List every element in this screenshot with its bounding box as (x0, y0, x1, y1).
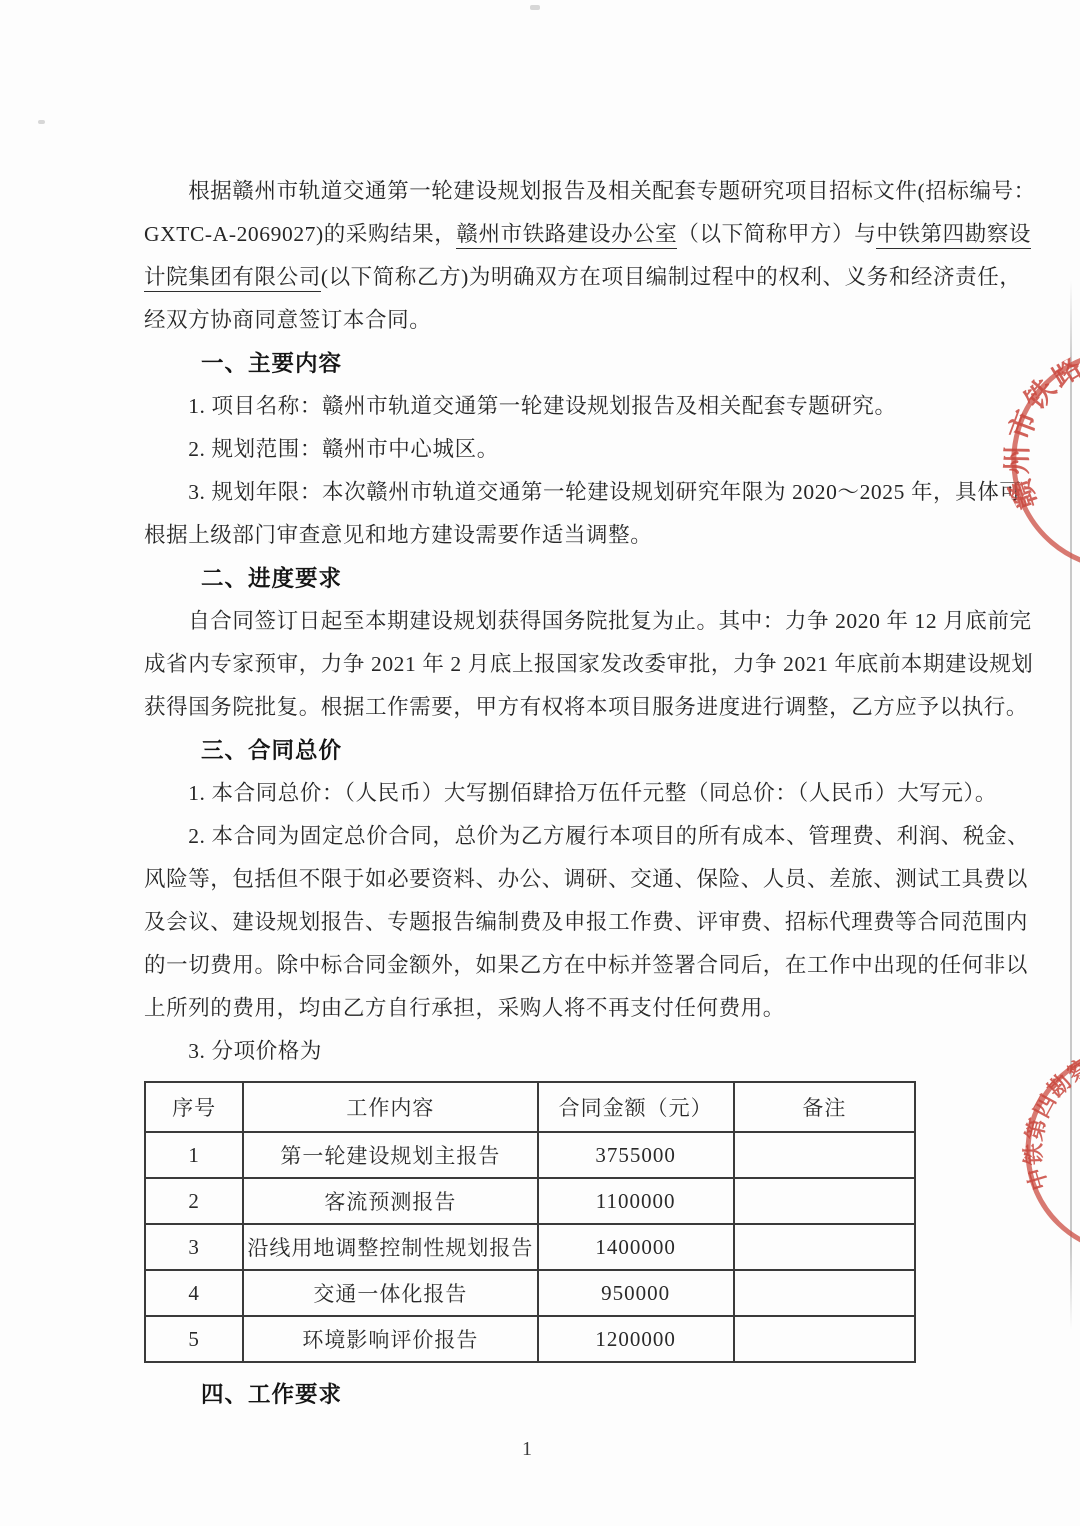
svg-text:中铁第四勘察设计院集团有限公司: 中铁第四勘察设计院集团有限公司 (986, 1009, 1080, 1201)
table-header-cell: 备注 (734, 1082, 915, 1132)
table-cell: 第一轮建设规划主报告 (243, 1132, 537, 1178)
table-cell: 1400000 (538, 1224, 734, 1270)
table-cell: 1100000 (538, 1178, 734, 1224)
table-cell: 沿线用地调整控制性规划报告 (243, 1224, 537, 1270)
paragraph-line: 根据赣州市轨道交通第一轮建设规划报告及相关配套专题研究项目招标文件(招标编号： (144, 170, 938, 213)
paragraph-line: 获得国务院批复。根据工作需要，甲方有权将本项目服务进度进行调整，乙方应予以执行。 (144, 686, 938, 729)
table-cell: 5 (145, 1316, 243, 1362)
table-row: 5环境影响评价报告1200000 (145, 1316, 915, 1362)
table-cell: 1200000 (538, 1316, 734, 1362)
paragraph-line: GXTC-A-2069027)的采购结果，赣州市铁路建设办公室（以下简称甲方）与… (144, 213, 938, 256)
paragraph-line: 1. 本合同总价：（人民币）大写捌佰肆拾万伍仟元整（同总价：（人民币）大写元）。 (144, 772, 938, 815)
table-header-cell: 合同金额（元） (538, 1082, 734, 1132)
seal-graphic: 赣州市铁路建设办公室 (966, 305, 1080, 616)
underlined-text: 计院集团有限公司 (144, 265, 321, 292)
table-cell: 1 (145, 1132, 243, 1178)
paragraph-line: 2. 规划范围：赣州市中心城区。 (144, 428, 938, 471)
text-run: 上所列的费用，均由乙方自行承担，采购人将不再支付任何费用。 (144, 996, 785, 1020)
table-cell: 环境影响评价报告 (243, 1316, 537, 1362)
text-run: 根据赣州市轨道交通第一轮建设规划报告及相关配套专题研究项目招标文件(招标编号： (144, 179, 1036, 203)
underlined-text: 中铁第四勘察设 (876, 222, 1031, 249)
text-run: 3. 规划年限：本次赣州市轨道交通第一轮建设规划研究年限为 2020～2025 … (144, 480, 1021, 504)
text-run: 1. 项目名称：赣州市轨道交通第一轮建设规划报告及相关配套专题研究。 (144, 394, 897, 418)
text-run: 自合同签订日起至本期建设规划获得国务院批复为止。其中：力争 2020 年 12 … (144, 609, 1032, 633)
page-number: 1 (0, 1438, 1067, 1461)
text-run: 及会议、建设规划报告、专题报告编制费及申报工作费、评审费、招标代理费等合同范围内 (144, 910, 1028, 934)
scan-artifact (38, 120, 45, 124)
text-run: （以下简称甲方）与 (677, 222, 876, 246)
section-heading: 四、工作要求 (144, 1373, 938, 1416)
table-cell: 交通一体化报告 (243, 1270, 537, 1316)
table-row: 1第一轮建设规划主报告3755000 (145, 1132, 915, 1178)
paragraph-line: 1. 项目名称：赣州市轨道交通第一轮建设规划报告及相关配套专题研究。 (144, 385, 938, 428)
table-row: 4交通一体化报告950000 (145, 1270, 915, 1316)
text-run: 2. 规划范围：赣州市中心城区。 (144, 437, 499, 461)
paragraph-line: 3. 分项价格为 (144, 1030, 938, 1073)
text-run: 成省内专家预审，力争 2021 年 2 月底上报国家发改委审批，力争 2021 … (144, 652, 1033, 676)
table-cell: 2 (145, 1178, 243, 1224)
table-header-cell: 工作内容 (243, 1082, 537, 1132)
text-run: GXTC-A-2069027)的采购结果， (144, 222, 456, 246)
text-run: 经双方协商同意签订本合同。 (144, 308, 431, 332)
text-run: 1. 本合同总价：（人民币）大写捌佰肆拾万伍仟元整（同总价：（人民币）大写元）。 (144, 781, 997, 805)
text-run: (以下简称乙方)为明确双方在项目编制过程中的权利、义务和经济责任， (321, 265, 1022, 289)
seal-graphic: 中铁第四勘察设计院集团有限公司 合同专用章 (986, 1009, 1080, 1294)
scanned-contract-page: { "document": { "page_number": "1", "sea… (0, 0, 1080, 1526)
seal-ring (976, 314, 1080, 606)
text-run: 根据上级部门审查意见和地方建设需要作适当调整。 (144, 523, 652, 547)
table-cell: 950000 (538, 1270, 734, 1316)
table-cell (734, 1270, 915, 1316)
table-header-cell: 序号 (145, 1082, 243, 1132)
text-run: 2. 本合同为固定总价合同，总价为乙方履行本项目的所有成本、管理费、利润、税金、 (144, 824, 1029, 848)
text-run: 的一切费用。除中标合同金额外，如果乙方在中标并签署合同后，在工作中出现的任何非以 (144, 953, 1028, 977)
itemized-price-table: 序号工作内容合同金额（元）备注1第一轮建设规划主报告37550002客流预测报告… (144, 1081, 916, 1363)
section-heading: 三、合同总价 (144, 729, 938, 772)
text-run: 获得国务院批复。根据工作需要，甲方有权将本项目服务进度进行调整，乙方应予以执行。 (144, 695, 1028, 719)
text-run: 3. 分项价格为 (144, 1039, 322, 1063)
table-cell (734, 1316, 915, 1362)
official-seal-bottom: 中铁第四勘察设计院集团有限公司 合同专用章 (986, 1009, 1080, 1299)
table-cell (734, 1224, 915, 1270)
paragraph-line: 根据上级部门审查意见和地方建设需要作适当调整。 (144, 514, 938, 557)
table-cell: 4 (145, 1270, 243, 1316)
table-row: 3沿线用地调整控制性规划报告1400000 (145, 1224, 915, 1270)
table-cell: 3 (145, 1224, 243, 1270)
section-heading: 二、进度要求 (144, 557, 938, 600)
paragraph-line: 经双方协商同意签订本合同。 (144, 299, 938, 342)
paragraph-line: 风险等，包括但不限于如必要资料、办公、调研、交通、保险、人员、差旅、测试工具费以 (144, 858, 938, 901)
official-seal-top: 赣州市铁路建设办公室 (966, 305, 1080, 620)
underlined-text: 赣州市铁路建设办公室 (456, 222, 677, 249)
paragraph-line: 及会议、建设规划报告、专题报告编制费及申报工作费、评审费、招标代理费等合同范围内 (144, 901, 938, 944)
table-cell (734, 1132, 915, 1178)
paragraph-line: 上所列的费用，均由乙方自行承担，采购人将不再支付任何费用。 (144, 987, 938, 1030)
paragraph-line: 成省内专家预审，力争 2021 年 2 月底上报国家发改委审批，力争 2021 … (144, 643, 938, 686)
paragraph-line: 3. 规划年限：本次赣州市轨道交通第一轮建设规划研究年限为 2020～2025 … (144, 471, 938, 514)
seal-arc-text: 中铁第四勘察设计院集团有限公司 (986, 1009, 1080, 1201)
text-run: 风险等，包括但不限于如必要资料、办公、调研、交通、保险、人员、差旅、测试工具费以 (144, 867, 1028, 891)
document-body: 根据赣州市轨道交通第一轮建设规划报告及相关配套专题研究项目招标文件(招标编号：G… (144, 170, 938, 1416)
table-row: 2客流预测报告1100000 (145, 1178, 915, 1224)
paragraph-line: 自合同签订日起至本期建设规划获得国务院批复为止。其中：力争 2020 年 12 … (144, 600, 938, 643)
seal-ring (996, 1018, 1080, 1285)
paragraph-line: 的一切费用。除中标合同金额外，如果乙方在中标并签署合同后，在工作中出现的任何非以 (144, 944, 938, 987)
table-cell: 3755000 (538, 1132, 734, 1178)
scan-page-edge-line (1070, 280, 1072, 1330)
paragraph-line: 2. 本合同为固定总价合同，总价为乙方履行本项目的所有成本、管理费、利润、税金、 (144, 815, 938, 858)
table-cell (734, 1178, 915, 1224)
section-heading: 一、主要内容 (144, 342, 938, 385)
paragraph-line: 计院集团有限公司(以下简称乙方)为明确双方在项目编制过程中的权利、义务和经济责任… (144, 256, 938, 299)
scan-artifact (530, 5, 540, 10)
table-header-row: 序号工作内容合同金额（元）备注 (145, 1082, 915, 1132)
table-cell: 客流预测报告 (243, 1178, 537, 1224)
